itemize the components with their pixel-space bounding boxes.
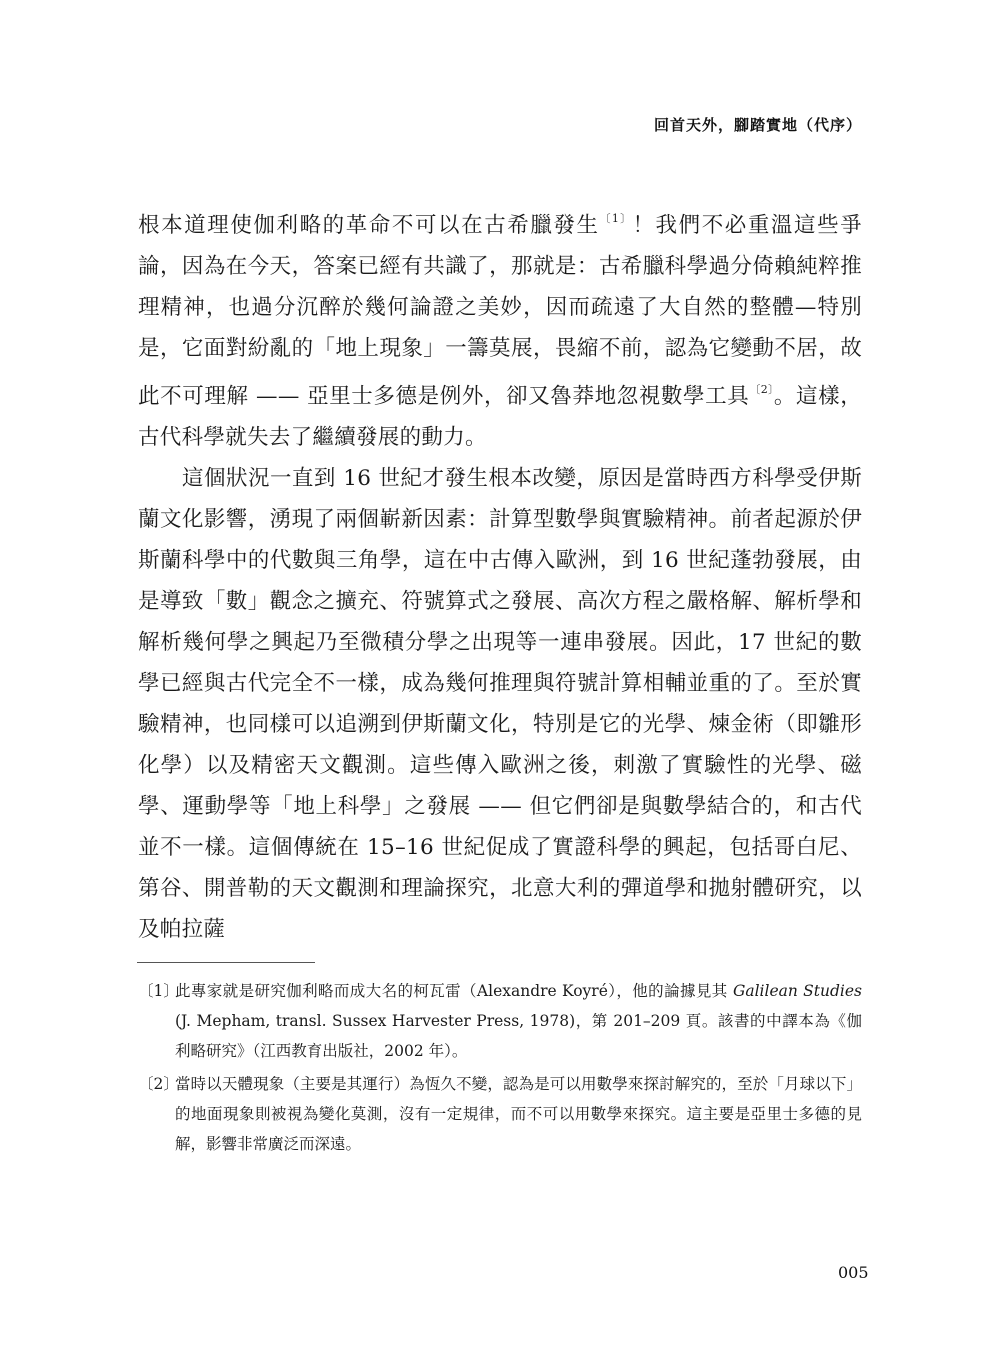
footnote-text: 當時以天體現象（主要是其運行）為恆久不變，認為是可以用數學來探討解究的，至於「月… [175, 1069, 862, 1159]
paragraph-text: 這個狀況一直到 16 世紀才發生根本改變，原因是當時西方科學受伊斯蘭文化影響，湧… [138, 466, 862, 942]
paragraph-text: 根本道理使伽利略的革命不可以在古希臘發生 [138, 213, 600, 238]
footnote-text-part: 此專家就是研究伽利略而成大名的柯瓦雷（Alexandre Koyré），他的論據… [175, 982, 733, 1000]
footnote-1: 〔1〕 此專家就是研究伽利略而成大名的柯瓦雷（Alexandre Koyré），… [138, 976, 862, 1066]
footnote-2: 〔2〕 當時以天體現象（主要是其運行）為恆久不變，認為是可以用數學來探討解究的，… [138, 1069, 862, 1159]
paragraph-1: 根本道理使伽利略的革命不可以在古希臘發生〔1〕！我們不必重溫這些爭論，因為在今天… [138, 198, 862, 458]
running-head: 回首天外，腳踏實地（代序） [654, 114, 862, 135]
footnote-ref-1[interactable]: 〔1〕 [600, 212, 633, 225]
paragraph-text: ！我們不必重溫這些爭論，因為在今天，答案已經有共識了，那就是：古希臘科學過分倚賴… [138, 213, 862, 409]
footnote-text-part: 當時以天體現象（主要是其運行）為恆久不變，認為是可以用數學來探討解究的，至於「月… [175, 1075, 862, 1153]
footnote-marker: 〔1〕 [138, 976, 175, 1066]
footnote-divider [137, 962, 315, 963]
book-title: Galilean Studies [733, 982, 862, 1000]
footnote-marker: 〔2〕 [138, 1069, 175, 1159]
footnote-text: 此專家就是研究伽利略而成大名的柯瓦雷（Alexandre Koyré），他的論據… [175, 976, 862, 1066]
footnote-text-part: (J. Mepham, transl. Sussex Harvester Pre… [175, 1012, 862, 1060]
footnote-ref-2[interactable]: 〔2〕 [749, 383, 773, 396]
page-number: 005 [838, 1263, 869, 1282]
body-text: 根本道理使伽利略的革命不可以在古希臘發生〔1〕！我們不必重溫這些爭論，因為在今天… [138, 198, 862, 950]
paragraph-2: 這個狀況一直到 16 世紀才發生根本改變，原因是當時西方科學受伊斯蘭文化影響，湧… [138, 458, 862, 950]
footnotes: 〔1〕 此專家就是研究伽利略而成大名的柯瓦雷（Alexandre Koyré），… [138, 976, 862, 1162]
